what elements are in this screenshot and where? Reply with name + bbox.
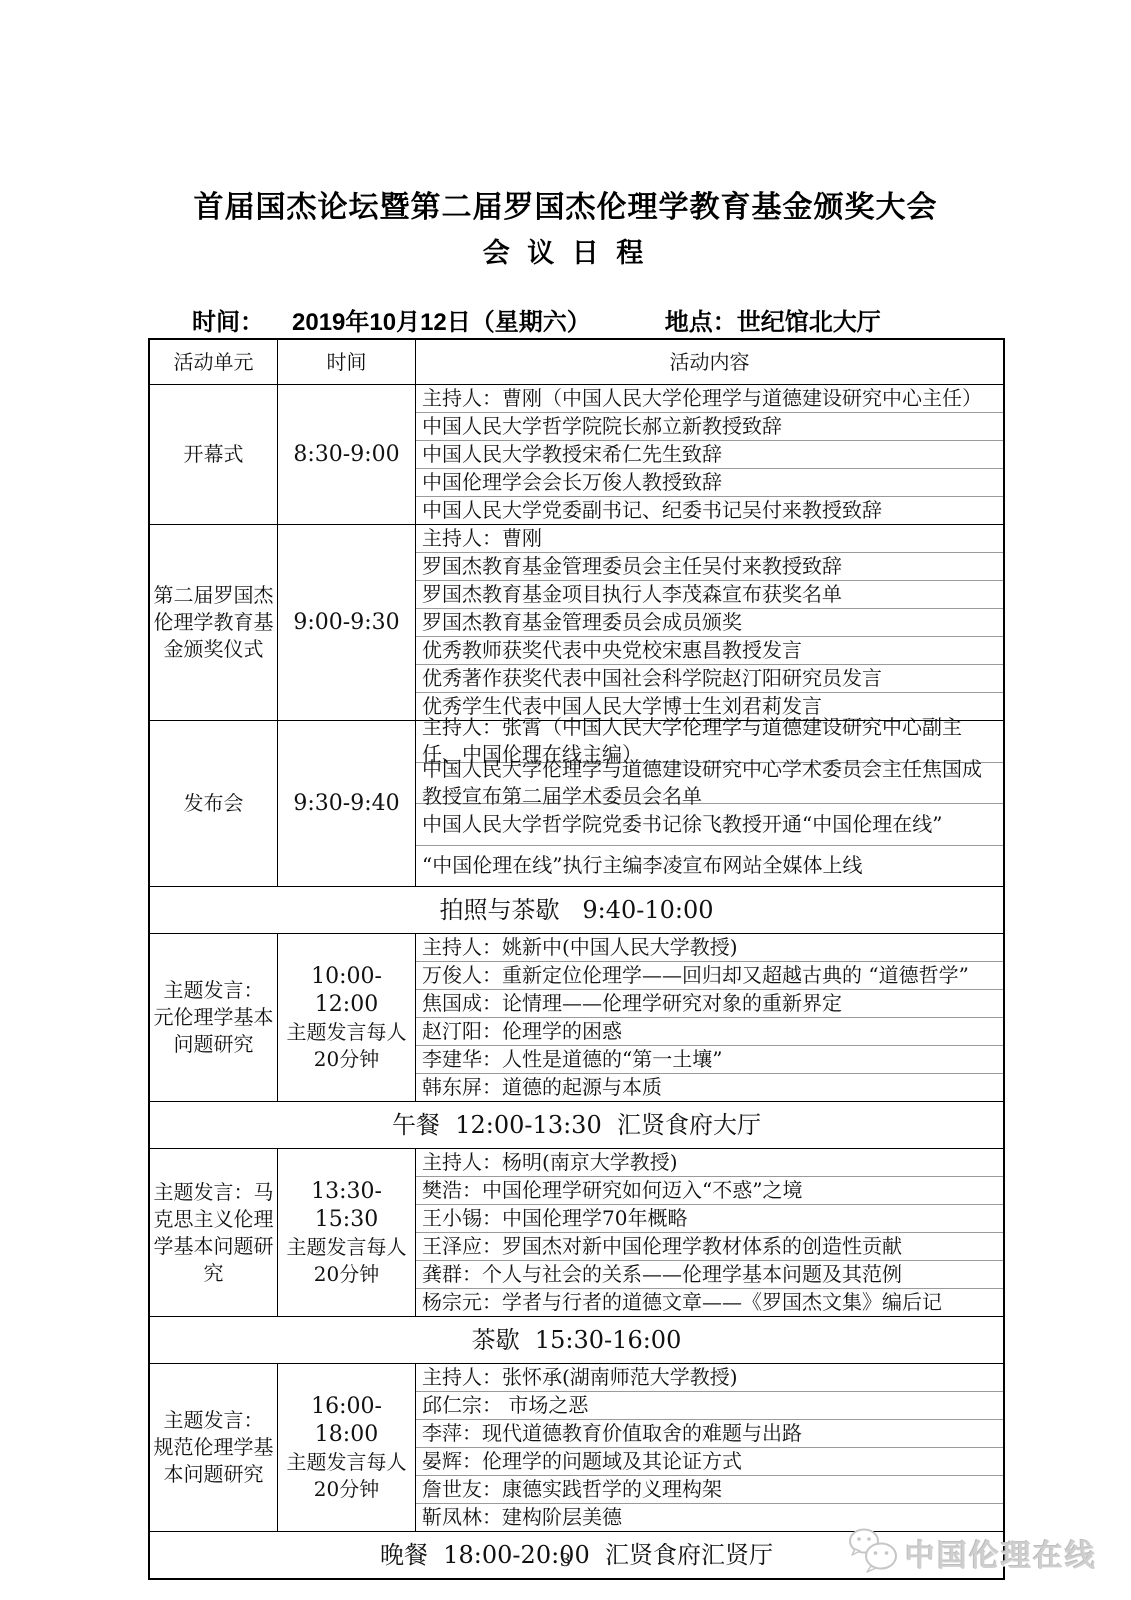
meta-line: 时间：2019年10月12日（星期六）地点：世纪馆北大厅 [192,302,881,337]
wechat-logo-icon [847,1528,899,1578]
schedule-table: 活动单元 时间 活动内容 开幕式 8:30-9:00 主持人：曹刚（中国人民大学… [148,338,1005,1580]
section-keynote-marxist-ethics: 主题发言：马 克思主义伦理 学基本问题研 究 13:30-15:30 主题发言每… [150,1149,1003,1317]
meta-time-value: 2019年10月12日（星期六） [292,302,591,337]
agenda-item: 中国人民大学哲学院院长郝立新教授致辞 [416,413,1003,441]
time-note: 主题发言每人20分钟 [280,1449,413,1503]
time-cell: 13:30-15:30 主题发言每人20分钟 [278,1149,416,1316]
agenda-item: 詹世友：康德实践哲学的义理构架 [416,1476,1003,1504]
time-cell: 16:00-18:00 主题发言每人20分钟 [278,1364,416,1531]
activity-unit: 发布会 [150,721,278,886]
break-row-photo-tea: 拍照与茶歇 9:40-10:00 [150,887,1003,934]
time-range: 16:00-18:00 [280,1393,413,1449]
page-title: 首届国杰论坛暨第二届罗国杰伦理学教育基金颁奖大会 [0,182,1131,226]
content-cell: 主持人：姚新中(中国人民大学教授) 万俊人：重新定位伦理学——回归却又超越古典的… [416,934,1003,1101]
agenda-item: 优秀教师获奖代表中央党校宋惠昌教授发言 [416,637,1003,665]
activity-unit: 主题发言： 规范伦理学基 本问题研究 [150,1364,278,1531]
content-cell: 主持人：曹刚（中国人民大学伦理学与道德建设研究中心主任） 中国人民大学哲学院院长… [416,385,1003,524]
watermark-text: 中国伦理在线 [905,1531,1097,1575]
agenda-item: 中国人民大学教授宋希仁先生致辞 [416,441,1003,469]
activity-unit: 主题发言：马 克思主义伦理 学基本问题研 究 [150,1149,278,1316]
column-header-time: 时间 [278,340,416,384]
time-range: 13:30-15:30 [280,1178,413,1234]
time-range: 10:00-12:00 [280,963,413,1019]
section-opening-ceremony: 开幕式 8:30-9:00 主持人：曹刚（中国人民大学伦理学与道德建设研究中心主… [150,385,1003,525]
activity-unit: 第二届罗国杰 伦理学教育基 金颁奖仪式 [150,525,278,720]
meta-time-label: 时间： [192,302,264,337]
section-press-conference: 发布会 9:30-9:40 主持人：张霄（中国人民大学伦理学与道德建设研究中心副… [150,721,1003,887]
content-cell: 主持人：曹刚 罗国杰教育基金管理委员会主任吴付来教授致辞 罗国杰教育基金项目执行… [416,525,1003,720]
agenda-item: 赵汀阳：伦理学的困惑 [416,1018,1003,1046]
time-cell: 10:00-12:00 主题发言每人20分钟 [278,934,416,1101]
time-note: 主题发言每人20分钟 [280,1019,413,1073]
content-cell: 主持人：杨明(南京大学教授) 樊浩：中国伦理学研究如何迈入“不惑”之境 王小锡：… [416,1149,1003,1316]
document-page: 首届国杰论坛暨第二届罗国杰伦理学教育基金颁奖大会 会 议 日 程 时间：2019… [0,0,1131,1600]
section-keynote-normative-ethics: 主题发言： 规范伦理学基 本问题研究 16:00-18:00 主题发言每人20分… [150,1364,1003,1532]
column-header-unit: 活动单元 [150,340,278,384]
time-note: 主题发言每人20分钟 [280,1234,413,1288]
agenda-item: “中国伦理在线”执行主编李凌宣布网站全媒体上线 [416,846,1003,887]
agenda-item: 主持人：曹刚 [416,525,1003,553]
watermark: 中国伦理在线 [847,1528,1097,1578]
time-cell: 8:30-9:00 [278,385,416,524]
page-subtitle: 会 议 日 程 [0,231,1131,270]
time-cell: 9:30-9:40 [278,721,416,886]
agenda-item: 主持人：杨明(南京大学教授) [416,1149,1003,1177]
agenda-item: 韩东屏：道德的起源与本质 [416,1074,1003,1101]
meta-place-label: 地点： [665,302,737,337]
table-header-row: 活动单元 时间 活动内容 [150,340,1003,385]
agenda-item: 主持人：姚新中(中国人民大学教授) [416,934,1003,962]
break-row-lunch: 午餐 12:00-13:30 汇贤食府大厅 [150,1102,1003,1149]
agenda-item: 杨宗元：学者与行者的道德文章——《罗国杰文集》编后记 [416,1289,1003,1316]
agenda-item: 龚群：个人与社会的关系——伦理学基本问题及其范例 [416,1261,1003,1289]
section-award-ceremony: 第二届罗国杰 伦理学教育基 金颁奖仪式 9:00-9:30 主持人：曹刚 罗国杰… [150,525,1003,721]
agenda-item: 中国人民大学党委副书记、纪委书记吴付来教授致辞 [416,497,1003,524]
agenda-item: 李萍：现代道德教育价值取舍的难题与出路 [416,1420,1003,1448]
agenda-item: 邱仁宗： 市场之恶 [416,1392,1003,1420]
agenda-item: 罗国杰教育基金管理委员会成员颁奖 [416,609,1003,637]
agenda-item: 中国人民大学哲学院党委书记徐飞教授开通“中国伦理在线” [416,804,1003,846]
agenda-item: 李建华：人性是道德的“第一土壤” [416,1046,1003,1074]
agenda-item: 主持人：曹刚（中国人民大学伦理学与道德建设研究中心主任） [416,385,1003,413]
section-keynote-metaethics: 主题发言： 元伦理学基本 问题研究 10:00-12:00 主题发言每人20分钟… [150,934,1003,1102]
agenda-item: 靳凤林：建构阶层美德 [416,1504,1003,1531]
break-row-tea: 茶歇 15:30-16:00 [150,1317,1003,1364]
content-cell: 主持人：张怀承(湖南师范大学教授) 邱仁宗： 市场之恶 李萍：现代道德教育价值取… [416,1364,1003,1531]
agenda-item: 晏辉：伦理学的问题域及其论证方式 [416,1448,1003,1476]
agenda-item: 罗国杰教育基金项目执行人李茂森宣布获奖名单 [416,581,1003,609]
time-cell: 9:00-9:30 [278,525,416,720]
agenda-item: 中国人民大学伦理学与道德建设研究中心学术委员会主任焦国成教授宣布第二届学术委员会… [416,763,1003,805]
meta-place-value: 世纪馆北大厅 [737,302,881,337]
agenda-item: 万俊人：重新定位伦理学——回归却又超越古典的 “道德哲学” [416,962,1003,990]
agenda-item: 中国伦理学会会长万俊人教授致辞 [416,469,1003,497]
activity-unit: 主题发言： 元伦理学基本 问题研究 [150,934,278,1101]
agenda-item: 主持人：张怀承(湖南师范大学教授) [416,1364,1003,1392]
agenda-item: 王泽应：罗国杰对新中国伦理学教材体系的创造性贡献 [416,1233,1003,1261]
column-header-content: 活动内容 [416,340,1003,384]
agenda-item: 樊浩：中国伦理学研究如何迈入“不惑”之境 [416,1177,1003,1205]
agenda-item: 优秀著作获奖代表中国社会科学院赵汀阳研究员发言 [416,665,1003,693]
content-cell: 主持人：张霄（中国人民大学伦理学与道德建设研究中心副主任、中国伦理在线主编） 中… [416,721,1003,886]
time-range: 9:30-9:40 [293,790,399,818]
time-range: 9:00-9:30 [293,609,399,637]
time-range: 8:30-9:00 [293,441,399,469]
activity-unit: 开幕式 [150,385,278,524]
agenda-item: 罗国杰教育基金管理委员会主任吴付来教授致辞 [416,553,1003,581]
agenda-item: 王小锡：中国伦理学70年概略 [416,1205,1003,1233]
agenda-item: 焦国成：论情理——伦理学研究对象的重新界定 [416,990,1003,1018]
